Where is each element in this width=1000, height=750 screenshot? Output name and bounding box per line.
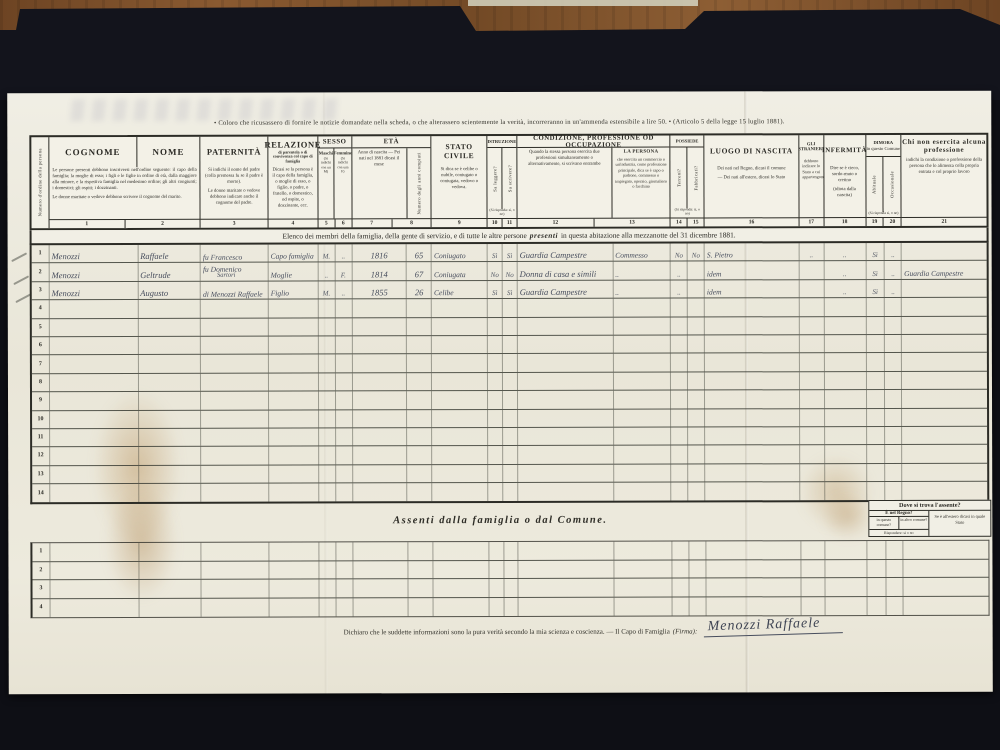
cell-stranieri [800,445,825,462]
cell-nome [139,484,202,503]
cell-paternita [201,410,269,428]
cell-femmine [337,598,354,617]
cell-la-persona [613,354,671,372]
cell-altro-comune [887,596,904,615]
cell-femmine [336,483,353,501]
paternita-line1: fu Francesco [203,254,242,262]
cell-luogo-nascita [706,541,801,559]
cell-stato-civile [433,598,489,617]
cell-la-persona [614,446,672,464]
cell-dimora-occasionale: .. [885,243,902,260]
cell-fabbricati [688,317,705,334]
census-table: Numero d'ordine della persona COGNOME NO… [29,133,989,505]
stranieri-instructions: debbono indicare lo Stato a cui apparten… [799,157,823,217]
sa-scrivere-label: Sa scrivere? [507,165,512,192]
cell-stato-civile [432,410,488,428]
declaration-text: Dichiaro che le suddette informazioni so… [344,628,670,637]
cell-nome [139,392,202,410]
cell-infermita [824,317,866,335]
cell-relazione [269,428,319,446]
cell-altro-comune [887,559,904,577]
cell-terreni [671,427,688,444]
cell-paternita: fu Francesco [201,245,269,263]
cell-maschi: M. [318,244,335,261]
cell-maschi [319,542,336,560]
table-row: 13 [32,463,987,484]
cell-terreni [671,391,688,408]
cell-femmine [337,579,354,597]
cell-anno-nascita [353,465,408,483]
cell-condizione [519,579,615,597]
cell-la-persona: Commesso [613,244,671,262]
col-num-9: 9 [432,219,487,227]
cell-fabbricati [689,541,706,559]
cell-stranieri [800,335,825,352]
table-row: 3 [32,578,988,599]
cell-condizione [519,560,615,578]
scanned-census-photo: • Coloro che ricusassero di fornire le n… [0,0,1000,750]
row-number: 6 [32,337,50,354]
cell-nome [139,429,202,447]
cell-sa-leggere: Sì [488,281,503,298]
col-header-chi-non-esercita: Chi non esercita alcuna professione indi… [902,135,987,226]
cell-nome [139,465,202,483]
row-number: 12 [32,447,50,464]
cell-luogo-nascita [705,335,800,353]
cell-paternita [201,392,269,410]
cell-maschi [319,336,336,353]
possiede-title: POSSIEDE [671,135,704,147]
cell-condizione [518,464,614,482]
cell-maschi [320,598,337,617]
cell-paternita [202,484,270,503]
cell-maschi [319,447,336,464]
names-desc-2: Le donne maritate o vedove debbono scriv… [52,195,196,201]
cell-dimora-abituale [866,372,885,389]
cell-questo-comune [868,559,887,577]
cell-infermita: .. [824,243,866,261]
cell-anno-nascita [353,483,408,502]
cell-anno-nascita [352,318,407,336]
cell-luogo-nascita [706,597,801,616]
cell-terreni [672,464,689,481]
cell-quale-stato [904,559,989,577]
row-number: 13 [32,466,50,483]
dimora-title: DIMORA in questo Comune [866,135,901,157]
cell-la-persona [614,372,672,390]
cell-maschi: .. [318,263,335,280]
cell-nome [138,300,201,318]
cell-luogo-nascita [706,560,801,578]
row-number: 11 [32,429,50,446]
col-num-3: 3 [201,220,268,228]
cell-relazione [269,373,319,391]
paternita-desc-1: Si indichi il nome del padre (colla prem… [204,168,265,186]
cell-sa-leggere [489,560,504,578]
table-row: 6 [32,335,987,356]
table-row: 12 [32,445,987,466]
cell-nome [138,355,201,373]
cell-anno-nascita [353,579,408,597]
cell-maschi [320,561,337,579]
cell-la-persona: .. [613,262,671,280]
cell-condizione [518,317,614,335]
cell-dimora-abituale [867,409,886,426]
luogo-desc-2: — Dei nati all'estero, dicasi lo Stato [708,175,796,181]
cell-cognome: Menozzi [50,282,139,300]
cell-fabbricati [688,464,705,481]
cell-dimora-occasionale [885,298,902,315]
penalty-notice: • Coloro che ricusassero di fornire le n… [214,118,785,126]
table-row: 2 Menozzi Geltrude fu Domenico Sartori M… [32,261,987,282]
cell-stato-civile: Coniugata [432,262,488,280]
cell-nome: Raffaele [138,245,201,263]
cell-infermita [825,390,867,408]
cell-chi-non-esercita [902,280,987,298]
cell-fabbricati: No [688,243,705,260]
cell-paternita: di Menozzi Raffaele [201,281,269,299]
cell-questo-comune [868,596,887,615]
elenco-presenti: presenti [530,231,558,240]
cell-chi-non-esercita [902,371,987,389]
col-header-stranieri: GLI STRANIERI debbono indicare lo Stato … [799,135,824,226]
col-num-10: 10 [488,219,503,227]
col-num-2: 2 [125,220,200,228]
paternita-instructions: Si indichi il nome del padre (colla prem… [201,167,268,219]
stato-civile-instructions: Si dica se è celibe o nubile, coniugato … [432,166,487,218]
maschi-note: (Si indichi con un M) [318,155,334,174]
table-row: 8 [32,371,987,392]
possiede-note: (Si risponda: sì, o no) [671,209,704,218]
cell-stranieri [801,560,826,578]
cell-anni-compiuti [407,355,432,372]
cell-sa-leggere: Sì [488,244,503,261]
cell-cognome [50,561,139,579]
sa-leggere-subcol: Sa leggere? [487,148,502,209]
cell-anni-compiuti [407,373,432,390]
cell-sa-leggere [489,542,504,560]
cell-quale-stato [904,596,989,615]
row-number: 14 [32,484,50,502]
cell-maschi [319,318,336,335]
cell-chi-non-esercita [902,298,987,316]
cell-luogo-nascita [705,317,800,335]
cell-condizione [518,372,614,390]
cell-terreni [671,335,688,352]
cell-dimora-abituale [866,335,885,352]
cell-sa-scrivere: Sì [503,244,518,261]
cell-femmine: .. [335,281,352,298]
sa-scrivere-subcol: Sa scrivere? [502,148,516,209]
table-row: 3 Menozzi Augusto di Menozzi Raffaele Fi… [32,280,987,301]
cell-cognome: Menozzi [50,263,139,281]
cell-la-persona [613,317,671,335]
cell-condizione [518,483,614,502]
cell-sa-leggere [489,579,504,597]
col-header-sesso: SESSO Maschi (Si indichi con un M) Femmi… [318,136,352,227]
cell-nome [138,374,201,392]
cell-dimora-abituale [866,390,885,407]
occasionale-subcol: Occasionale [884,157,901,212]
col-num-21: 21 [902,218,987,226]
cell-paternita [201,429,269,447]
cell-paternita [202,561,270,579]
cell-relazione [269,484,319,503]
cell-altro-comune [887,541,904,559]
col-header-condizione: CONDIZIONE, PROFESSIONE OD OCCUPAZIONE Q… [517,136,671,227]
cell-cognome [50,429,139,447]
cell-dimora-abituale [867,464,886,481]
cell-dimora-abituale: Sì [866,280,885,297]
cell-chi-non-esercita [903,463,988,481]
cell-infermita [825,353,867,371]
col-header-numero-ordine: Numero d'ordine della persona [31,137,49,228]
cell-sa-scrivere: No [503,262,518,279]
names-instructions: Le persone presenti debbono inscriversi … [49,167,199,219]
cell-fabbricati [689,578,706,596]
cell-relazione [270,579,320,597]
elenco-post: in questa abitazione alla mezzanotte del… [561,230,736,239]
cell-sa-leggere: No [488,262,503,279]
col-header-paternita: PATERNITÀ Si indichi il nome del padre (… [201,137,269,228]
cell-sa-scrivere [503,446,518,463]
col-num-12: 12 [518,219,595,227]
cell-paternita [201,355,269,373]
cell-dimora-occasionale: .. [885,261,902,278]
table-row: 7 [32,353,987,374]
row-number: 9 [32,392,50,409]
cell-fabbricati [688,409,705,426]
cell-nome [139,561,202,579]
cell-relazione [269,336,319,354]
cell-sa-leggere [489,597,504,616]
dimora-subtitle: in questo Comune [867,145,900,150]
cell-femmine [336,373,353,390]
cell-relazione [269,447,319,465]
cell-nome: Geltrude [138,263,201,281]
paternita-line1: di Menozzi Raffaele [203,290,263,298]
cell-condizione [518,299,614,317]
cell-sa-scrivere [503,409,518,426]
cell-condizione: Guardia Campestre [518,244,614,262]
cell-terreni [671,354,688,371]
cell-stranieri [800,317,825,334]
row-number: 10 [32,411,50,428]
cell-fabbricati [688,354,705,371]
cell-stato-civile [433,579,489,597]
cell-relazione [269,410,319,428]
cell-sa-scrivere [503,465,518,482]
cell-femmine [336,392,353,409]
cell-stranieri [800,353,825,370]
luogo-nascita-instructions: Dei nati nel Regno, dicasi il comune — D… [705,165,799,217]
cell-cognome [50,466,139,484]
cell-stato-civile: Celibe [432,281,488,299]
istruzione-note: (Si risponda: sì, o no) [488,209,517,218]
cell-anni-compiuti [407,428,432,445]
abituale-subcol: Abituale [866,157,884,212]
cell-femmine [336,336,353,353]
cell-femmine [335,300,352,317]
cell-anni-compiuti [408,579,433,597]
cell-luogo-nascita [705,298,800,316]
cell-infermita [825,372,867,390]
cell-anni-compiuti [408,483,433,501]
cell-paternita [201,337,269,355]
cell-nome: Augusto [138,282,201,300]
regno-group: È nel Regno? in questo comune? in altro … [869,511,929,536]
col-num-14: 14 [671,219,688,227]
cell-anno-nascita [353,391,408,409]
cell-nome [139,410,202,428]
cell-maschi [319,465,336,482]
cell-sa-scrivere [503,391,518,408]
cell-stato-civile [432,336,488,354]
sa-leggere-label: Sa leggere? [492,166,497,192]
cell-maschi [319,484,336,502]
cell-luogo-nascita [705,409,800,427]
cell-sa-leggere [488,318,503,335]
cell-la-persona [614,391,672,409]
cell-sa-leggere [488,391,503,408]
cell-femmine [336,355,353,372]
stato-civile-title: STATO CIVILE [432,136,487,166]
cell-relazione [270,561,320,579]
col-header-possiede: POSSIEDE Terreni? Fabbricati? (Si rispon… [671,135,705,226]
cell-infermita [825,482,867,501]
cell-la-persona [614,464,672,482]
col-num-18: 18 [824,218,865,226]
cell-anni-compiuti [408,465,433,482]
infermita-instructions: Dire se è cieco, sordo-muto o cretino (i… [824,165,865,217]
cognome-title: COGNOME [49,137,137,167]
cell-sa-leggere [488,465,503,482]
cell-stranieri [800,390,825,407]
cell-sa-scrivere [504,597,519,616]
col-num-19: 19 [866,218,884,226]
cell-chi-non-esercita [902,243,987,261]
row-number: 4 [32,300,50,317]
cell-la-persona [615,579,673,597]
presenti-rows: 1 Menozzi Raffaele fu Francesco Capo fam… [30,243,990,505]
cell-questo-comune [868,541,887,559]
cell-stranieri [799,262,824,279]
cell-relazione [270,542,320,560]
cell-anni-compiuti [407,299,432,316]
cell-luogo-nascita: idem [705,280,800,298]
cell-anni-compiuti [408,561,433,579]
cell-dimora-abituale [866,317,885,334]
col-header-relazione: RELAZIONE di parentela o di convivenza c… [268,136,318,227]
cell-femmine [336,465,353,482]
cell-luogo-nascita: idem [705,262,800,280]
la-persona-desc: che esercita un commercio o un'industria… [612,155,670,218]
cell-relazione [269,318,319,336]
cell-dimora-occasionale [886,427,903,444]
cell-stato-civile [433,483,489,502]
cell-terreni [671,409,688,426]
cell-fabbricati [688,262,705,279]
cell-dimora-occasionale [885,390,902,407]
cell-paternita [201,318,269,336]
fabbricati-subcol: Fabbricati? [688,147,704,208]
cell-anni-compiuti: 26 [407,281,432,298]
luogo-nascita-title: LUOGO DI NASCITA [705,135,799,165]
cell-sa-scrivere [503,336,518,353]
cell-femmine: .. [335,244,352,261]
elenco-pre: Elenco dei membri della famiglia, della … [283,231,527,241]
cell-anno-nascita [353,561,408,579]
table-header: Numero d'ordine della persona COGNOME NO… [29,133,988,231]
cell-fabbricati [688,483,705,501]
cell-anni-compiuti [408,446,433,463]
cell-anni-compiuti [407,318,432,335]
cell-terreni [672,579,689,597]
table-row: 14 [32,482,987,503]
cell-stranieri [800,482,825,500]
infermita-title: INFERMITÀ [824,135,865,165]
cell-stranieri [800,298,825,315]
cell-stato-civile [432,428,488,446]
anno-nascita-desc: Anno di nascita — Pei nati nel 1881 dica… [352,148,406,218]
cell-stranieri [800,372,825,389]
col-num-6: 6 [335,219,351,227]
assenti-rows: 1 [30,540,989,619]
cell-relazione: Moglie [269,263,319,281]
cell-chi-non-esercita [902,408,987,426]
cell-fabbricati [688,299,705,316]
col-num-17: 17 [799,218,823,226]
cell-stranieri [801,541,826,559]
firma-label: (Firma): [673,627,698,635]
cell-altro-comune [887,578,904,596]
cell-chi-non-esercita: Guardia Campestre [902,261,987,279]
cell-sa-scrivere [503,299,518,316]
cell-condizione [518,354,614,372]
relazione-title-text: RELAZIONE [265,139,321,149]
table-row: 1 [32,541,988,562]
cell-sa-scrivere [503,483,518,501]
cell-cognome: Menozzi [50,245,139,263]
cell-infermita [825,335,867,353]
row-number: 1 [32,245,50,262]
cell-cognome [50,580,139,598]
cell-condizione [518,391,614,409]
cell-luogo-nascita: S. Pietro [705,243,800,261]
cell-sa-scrivere [503,354,518,371]
cell-la-persona [613,299,671,317]
cell-anno-nascita [353,373,408,391]
cell-stato-civile [432,354,488,372]
cell-fabbricati [688,391,705,408]
cell-stranieri [800,409,825,426]
cell-dimora-abituale [866,298,885,315]
cell-cognome [50,337,139,355]
cell-maschi: M. [318,281,335,298]
cell-anno-nascita [353,410,408,428]
cell-sa-leggere [488,410,503,427]
cell-fabbricati [689,597,706,616]
cell-luogo-nascita [705,390,800,408]
estero-label: Se è all'estero dicasi in quale Stato [929,511,990,536]
cell-anno-nascita: 1814 [352,263,407,281]
condizione-desc: Quando la stessa persona esercita due pr… [517,148,611,218]
cell-paternita [202,598,270,617]
chi-title: Chi non esercita alcuna professione [902,135,987,157]
row-number: 3 [32,282,50,299]
cell-maschi [319,410,336,427]
cell-sa-leggere [488,336,503,353]
